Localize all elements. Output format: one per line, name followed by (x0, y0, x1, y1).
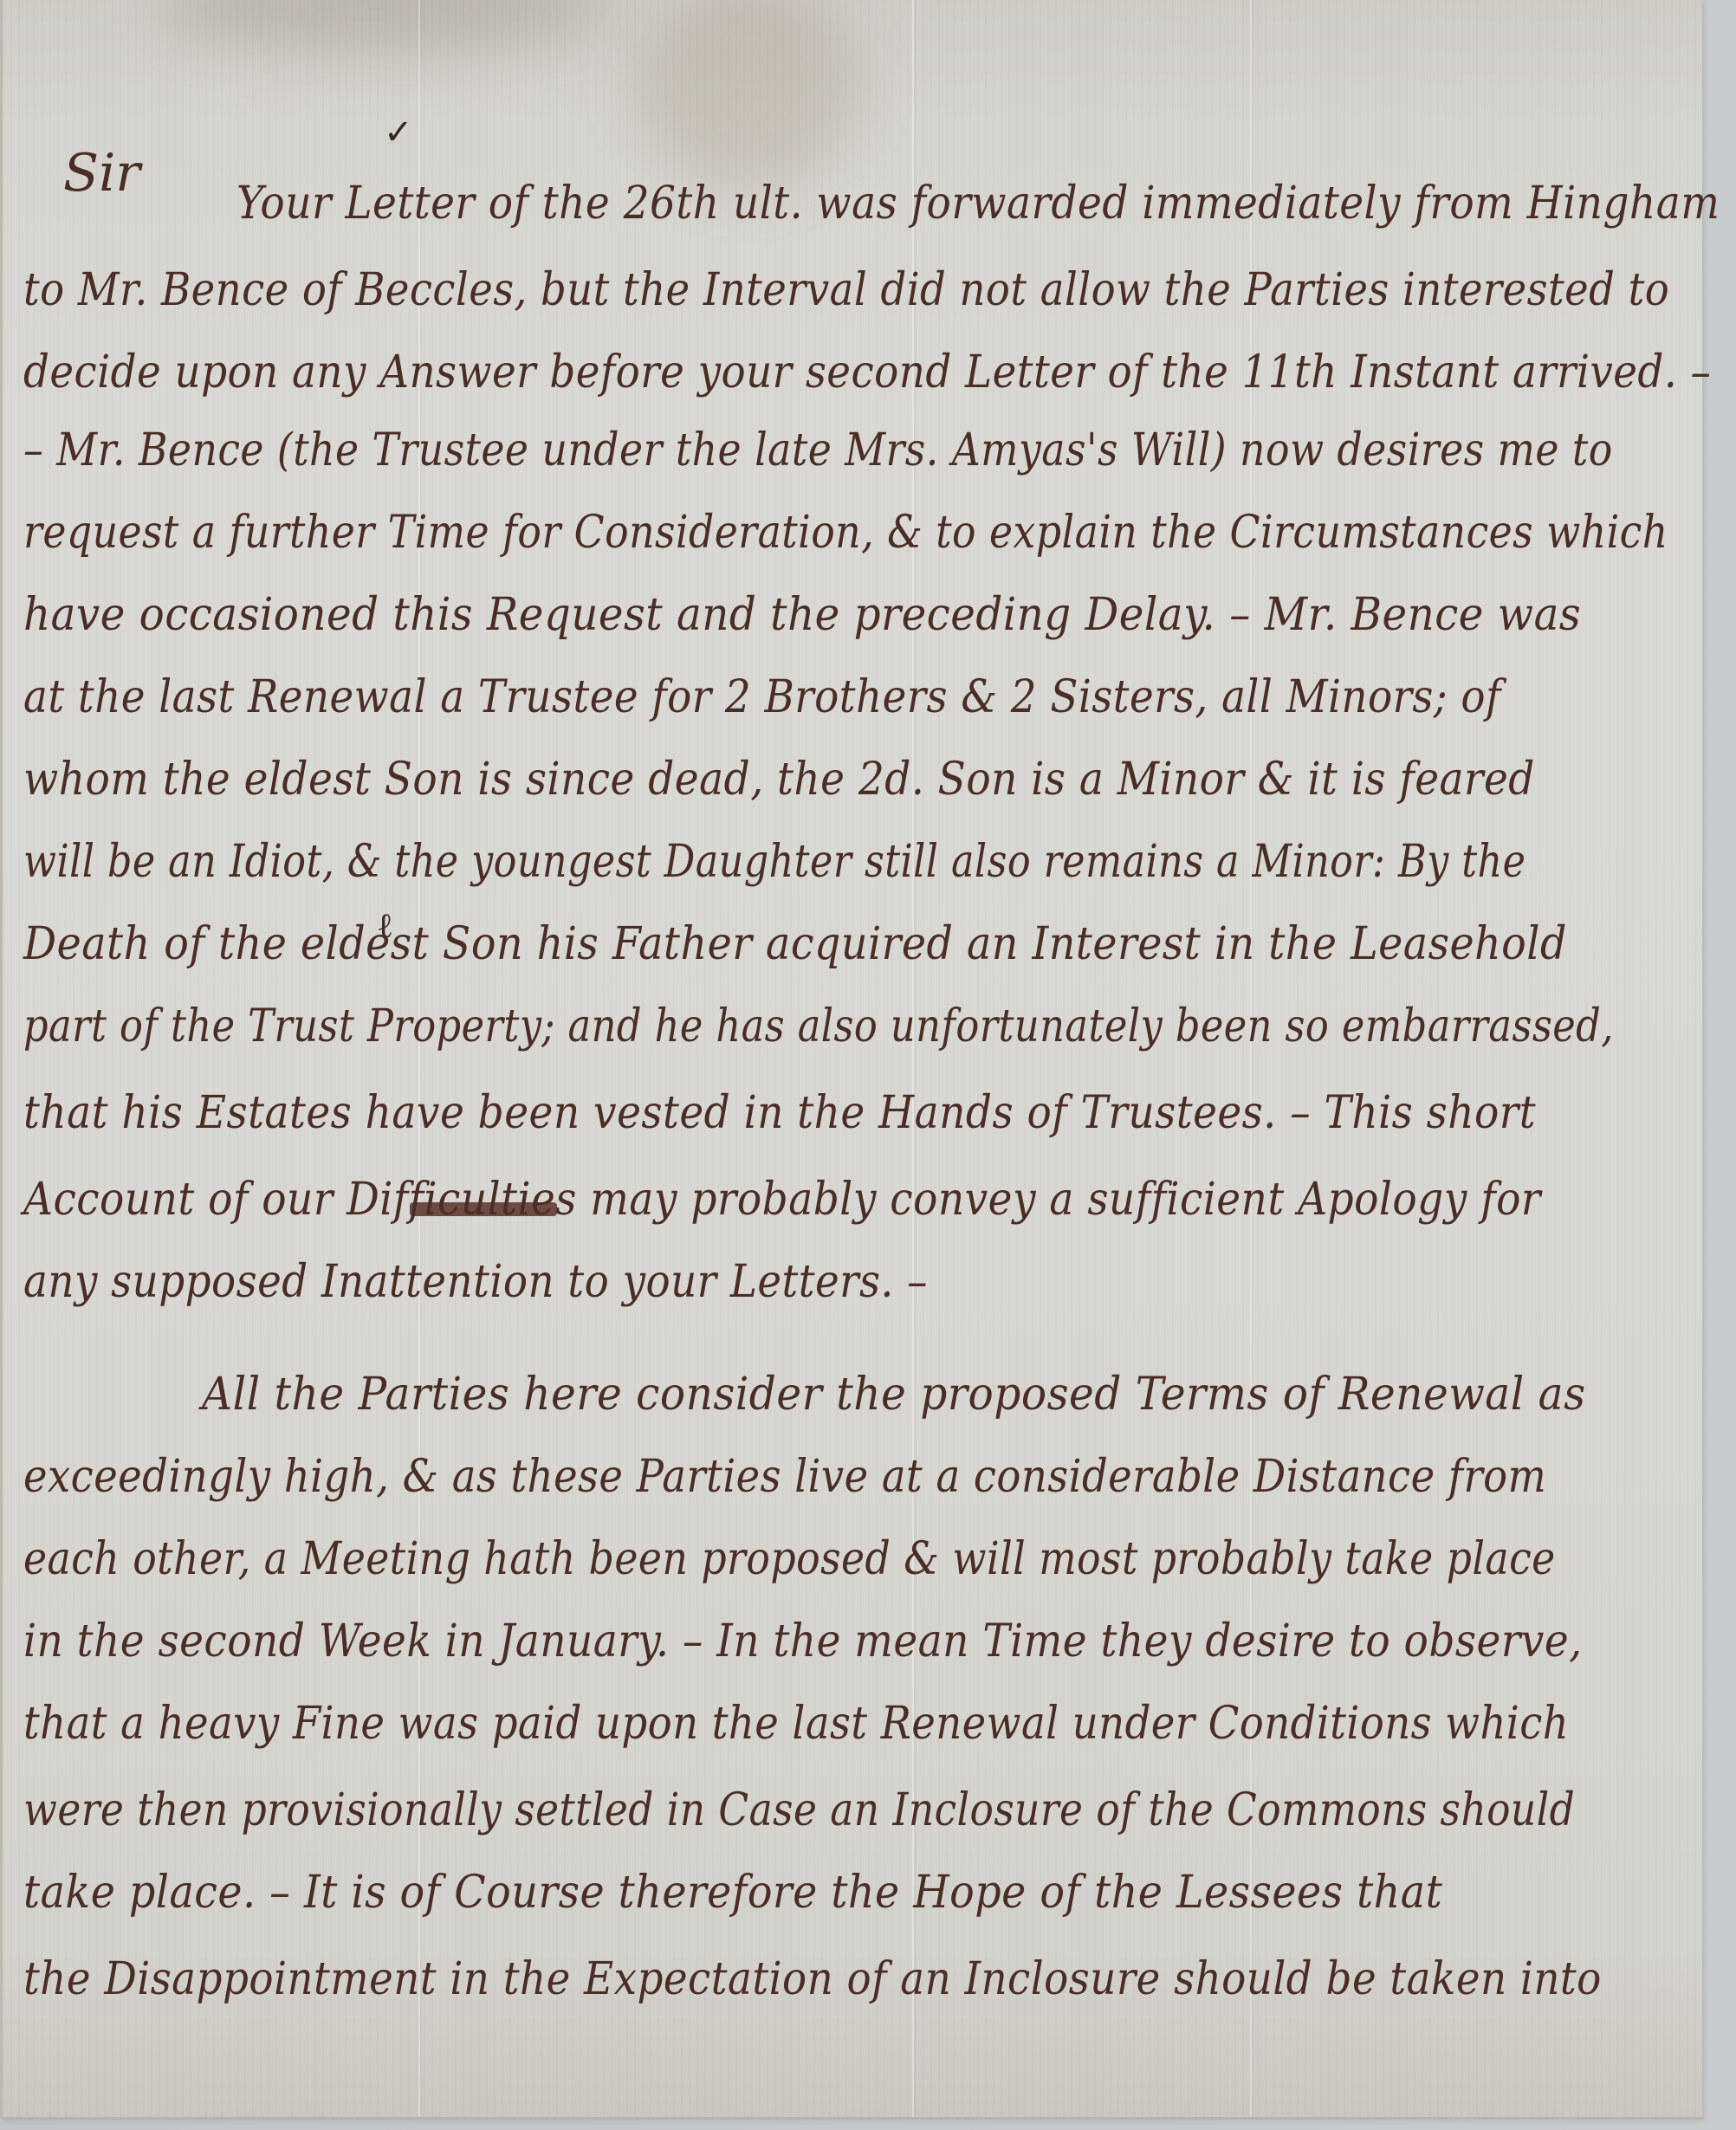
letter-line-15: All the Parties here consider the propos… (202, 1369, 1586, 1421)
letter-line-9: will be an Idiot, & the youngest Daughte… (23, 836, 1525, 888)
letter-line-3: decide upon any Answer before your secon… (23, 346, 1711, 398)
letter-line-6: have occasioned this Request and the pre… (23, 589, 1581, 641)
paper-stain (159, 0, 609, 52)
letter-line-14: any supposed Inattention to your Letters… (23, 1256, 928, 1308)
letter-line-13: Account of our Difficulties may probably… (23, 1174, 1541, 1226)
ink-tick-mark: ✓ (384, 113, 413, 152)
letter-line-21: take place. – It is of Course therefore … (23, 1867, 1442, 1919)
letter-line-11: part of the Trust Property; and he has a… (23, 1000, 1614, 1052)
letter-line-5: request a further Time for Consideration… (23, 507, 1668, 559)
letter-line-18: in the second Week in January. – In the … (23, 1615, 1583, 1667)
letter-line-20: were then provisionally settled in Case … (23, 1784, 1575, 1836)
letter-line-22: the Disappointment in the Expectation of… (23, 1953, 1602, 2005)
letter-line-10: Death of the eldest Son his Father acqui… (23, 918, 1567, 970)
paper-stain (635, 0, 860, 191)
letter-line-7: at the last Renewal a Trustee for 2 Brot… (23, 671, 1501, 723)
letter-line-16: exceedingly high, & as these Parties liv… (23, 1451, 1546, 1503)
letter-page: ✓ Sir Your Letter of the 26th ult. was f… (0, 0, 1702, 2119)
letter-line-8: whom the eldest Son is since dead, the 2… (23, 754, 1535, 806)
letter-line-17: each other, a Meeting hath been proposed… (23, 1533, 1556, 1585)
letter-line-12: that his Estates have been vested in the… (23, 1087, 1536, 1139)
letter-line-19: that a heavy Fine was paid upon the last… (23, 1698, 1569, 1750)
letter-line-1: Your Letter of the 26th ult. was forward… (236, 178, 1720, 230)
salutation: Sir (63, 143, 140, 204)
letter-line-4: – Mr. Bence (the Trustee under the late … (23, 424, 1613, 476)
letter-line-2: to Mr. Bence of Beccles, but the Interva… (23, 264, 1669, 316)
